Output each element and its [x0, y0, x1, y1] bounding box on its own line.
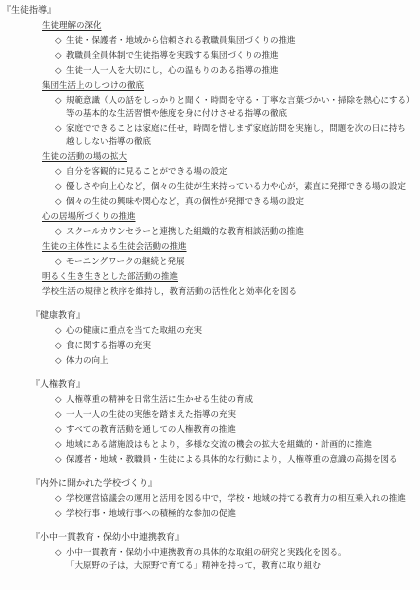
subheading: 心の居場所づくりの推進 — [0, 210, 420, 223]
diamond-bullet-icon: ◇ — [55, 492, 66, 505]
diamond-bullet-icon: ◇ — [55, 225, 66, 238]
subheading: 生徒の活動の場の拡大 — [0, 150, 420, 163]
item-line: 個々の生徒の興味や関心など，真の個性が発揮できる場の設定 — [66, 195, 420, 208]
item-line: 教職員全員体制で生徒指導を実践する集団づくりの推進 — [66, 49, 420, 62]
item-line: 自分を客観的に見ることができる場の設定 — [66, 165, 420, 178]
section-title: 『人権教育』 — [0, 378, 420, 391]
diamond-bullet-icon: ◇ — [55, 255, 66, 268]
item-line: 心の健康に重点を当てた取組の充実 — [66, 324, 420, 337]
item-text: 食に関する指導の充実 — [66, 339, 420, 352]
item-text: すべての教育活動を通しての人権教育の推進 — [66, 423, 420, 436]
item-line: 学校行事・地域行事への積極的な参加の促進 — [66, 507, 420, 520]
diamond-bullet-icon: ◇ — [55, 94, 66, 107]
subheading: 生徒の主体性による生徒会活動の推進 — [0, 240, 420, 253]
subheading: 明るく生き生きとした部活動の推進 — [0, 270, 420, 283]
diamond-bullet-icon: ◇ — [55, 423, 66, 436]
bullet-item: ◇モーニングワークの継続と発展 — [0, 255, 420, 268]
item-line: 家庭でできることは家庭に任せ，時間を惜しまず家庭訪問を実施し，問題を次の日に持ち — [66, 122, 420, 135]
item-text: 学校運営協議会の運用と活用を図る中で，学校・地域の持てる教育力の相互乗入れの推進 — [66, 492, 420, 505]
bullet-item: ◇教職員全員体制で生徒指導を実践する集団づくりの推進 — [0, 49, 420, 62]
item-line: すべての教育活動を通しての人権教育の推進 — [66, 423, 420, 436]
bullet-item: ◇一人一人の生徒の実態を踏まえた指導の充実 — [0, 408, 420, 421]
diamond-bullet-icon: ◇ — [55, 354, 66, 367]
diamond-bullet-icon: ◇ — [55, 49, 66, 62]
diamond-bullet-icon: ◇ — [55, 34, 66, 47]
item-text: 学校行事・地域行事への積極的な参加の促進 — [66, 507, 420, 520]
diamond-bullet-icon: ◇ — [55, 438, 66, 451]
item-text: 家庭でできることは家庭に任せ，時間を惜しまず家庭訪問を実施し，問題を次の日に持ち… — [66, 122, 420, 148]
item-line: 一人一人の生徒の実態を踏まえた指導の充実 — [66, 408, 420, 421]
bullet-item: ◇個々の生徒の興味や関心など，真の個性が発揮できる場の設定 — [0, 195, 420, 208]
diamond-bullet-icon: ◇ — [55, 64, 66, 77]
section: 『内外に開かれた学校づくり』◇学校運営協議会の運用と活用を図る中で，学校・地域の… — [0, 477, 420, 520]
diamond-bullet-icon: ◇ — [55, 324, 66, 337]
item-line: 人権尊重の精神を日常生活に生かせる生徒の育成 — [66, 393, 420, 406]
item-line: 規範意識（人の話をしっかりと聞く・時間を守る・丁寧な言葉づかい・掃除を熱心にする… — [66, 94, 420, 107]
item-line: モーニングワークの継続と発展 — [66, 255, 420, 268]
bullet-item: ◇生徒・保護者・地域から信頼される教職員集団づくりの推進 — [0, 34, 420, 47]
bullet-item: ◇自分を客観的に見ることができる場の設定 — [0, 165, 420, 178]
diamond-bullet-icon: ◇ — [55, 122, 66, 135]
bullet-item: ◇人権尊重の精神を日常生活に生かせる生徒の育成 — [0, 393, 420, 406]
section: 『人権教育』◇人権尊重の精神を日常生活に生かせる生徒の育成◇一人一人の生徒の実態… — [0, 378, 420, 466]
summary-note: 学校生活の規律と秩序を維持し，教育活動の活性化と効率化を図る — [0, 285, 420, 298]
item-line: 越ししない指導の徹底 — [66, 135, 420, 148]
subheading: 集団生活上のしつけの徹底 — [0, 79, 420, 92]
diamond-bullet-icon: ◇ — [55, 180, 66, 193]
bullet-item: ◇学校行事・地域行事への積極的な参加の促進 — [0, 507, 420, 520]
bullet-item: ◇体力の向上 — [0, 354, 420, 367]
bullet-item: ◇スクールカウンセラーと連携した組織的な教育相談活動の推進 — [0, 225, 420, 238]
diamond-bullet-icon: ◇ — [55, 546, 66, 559]
section: 『生徒指導』生徒理解の深化◇生徒・保護者・地域から信頼される教職員集団づくりの推… — [0, 4, 420, 298]
bullet-item: ◇食に関する指導の充実 — [0, 339, 420, 352]
diamond-bullet-icon: ◇ — [55, 393, 66, 406]
bullet-item: ◇小中一貫教育・保幼小中連携教育の具体的な取組の研究と実践化を図る。「大原野の子… — [0, 546, 420, 572]
item-text: 優しさや向上心など，個々の生徒が生来持っている力や心が，素直に発揮できる場の設定 — [66, 180, 420, 193]
diamond-bullet-icon: ◇ — [55, 453, 66, 466]
item-text: 体力の向上 — [66, 354, 420, 367]
section-title: 『小中一貫教育・保幼小中連携教育』 — [0, 531, 420, 544]
item-line: スクールカウンセラーと連携した組織的な教育相談活動の推進 — [66, 225, 420, 238]
bullet-item: ◇生徒一人一人を大切にし，心の温もりのある指導の推進 — [0, 64, 420, 77]
item-line: 保護者・地域・教職員・生徒による具体的な行動により，人権尊重の意識の高揚を図る — [66, 453, 420, 466]
item-line: 体力の向上 — [66, 354, 420, 367]
item-line: 等の基本的な生活習慣や態度を身に付けさせる指導の徹底 — [66, 107, 420, 120]
item-text: 地域にある諸施設はもとより，多様な交流の機会の拡大を組織的・計画的に推進 — [66, 438, 420, 451]
section-title: 『生徒指導』 — [0, 4, 420, 17]
item-line: 小中一貫教育・保幼小中連携教育の具体的な取組の研究と実践化を図る。 — [66, 546, 420, 559]
item-text: モーニングワークの継続と発展 — [66, 255, 420, 268]
item-text: 生徒・保護者・地域から信頼される教職員集団づくりの推進 — [66, 34, 420, 47]
item-text: 個々の生徒の興味や関心など，真の個性が発揮できる場の設定 — [66, 195, 420, 208]
item-text: 自分を客観的に見ることができる場の設定 — [66, 165, 420, 178]
bullet-item: ◇学校運営協議会の運用と活用を図る中で，学校・地域の持てる教育力の相互乗入れの推… — [0, 492, 420, 505]
item-text: 心の健康に重点を当てた取組の充実 — [66, 324, 420, 337]
diamond-bullet-icon: ◇ — [55, 195, 66, 208]
item-line: 「大原野の子は，大原野で育てる」精神を持って，教育に取り組む — [66, 559, 420, 572]
item-text: 生徒一人一人を大切にし，心の温もりのある指導の推進 — [66, 64, 420, 77]
item-line: 食に関する指導の充実 — [66, 339, 420, 352]
section: 『小中一貫教育・保幼小中連携教育』◇小中一貫教育・保幼小中連携教育の具体的な取組… — [0, 531, 420, 572]
bullet-item: ◇家庭でできることは家庭に任せ，時間を惜しまず家庭訪問を実施し，問題を次の日に持… — [0, 122, 420, 148]
document-page: 『生徒指導』生徒理解の深化◇生徒・保護者・地域から信頼される教職員集団づくりの推… — [0, 0, 420, 572]
item-text: 小中一貫教育・保幼小中連携教育の具体的な取組の研究と実践化を図る。「大原野の子は… — [66, 546, 420, 572]
diamond-bullet-icon: ◇ — [55, 165, 66, 178]
item-text: 教職員全員体制で生徒指導を実践する集団づくりの推進 — [66, 49, 420, 62]
bullet-item: ◇規範意識（人の話をしっかりと聞く・時間を守る・丁寧な言葉づかい・掃除を熱心にす… — [0, 94, 420, 120]
item-text: 人権尊重の精神を日常生活に生かせる生徒の育成 — [66, 393, 420, 406]
diamond-bullet-icon: ◇ — [55, 339, 66, 352]
item-line: 生徒一人一人を大切にし，心の温もりのある指導の推進 — [66, 64, 420, 77]
item-text: 一人一人の生徒の実態を踏まえた指導の充実 — [66, 408, 420, 421]
bullet-item: ◇すべての教育活動を通しての人権教育の推進 — [0, 423, 420, 436]
document-body: 『生徒指導』生徒理解の深化◇生徒・保護者・地域から信頼される教職員集団づくりの推… — [0, 4, 420, 572]
bullet-item: ◇地域にある諸施設はもとより，多様な交流の機会の拡大を組織的・計画的に推進 — [0, 438, 420, 451]
section-title: 『内外に開かれた学校づくり』 — [0, 477, 420, 490]
section: 『健康教育』◇心の健康に重点を当てた取組の充実◇食に関する指導の充実◇体力の向上 — [0, 309, 420, 367]
item-line: 優しさや向上心など，個々の生徒が生来持っている力や心が，素直に発揮できる場の設定 — [66, 180, 420, 193]
bullet-item: ◇優しさや向上心など，個々の生徒が生来持っている力や心が，素直に発揮できる場の設… — [0, 180, 420, 193]
item-line: 生徒・保護者・地域から信頼される教職員集団づくりの推進 — [66, 34, 420, 47]
bullet-item: ◇保護者・地域・教職員・生徒による具体的な行動により，人権尊重の意識の高揚を図る — [0, 453, 420, 466]
item-text: 保護者・地域・教職員・生徒による具体的な行動により，人権尊重の意識の高揚を図る — [66, 453, 420, 466]
item-text: スクールカウンセラーと連携した組織的な教育相談活動の推進 — [66, 225, 420, 238]
item-line: 学校運営協議会の運用と活用を図る中で，学校・地域の持てる教育力の相互乗入れの推進 — [66, 492, 420, 505]
section-title: 『健康教育』 — [0, 309, 420, 322]
bullet-item: ◇心の健康に重点を当てた取組の充実 — [0, 324, 420, 337]
diamond-bullet-icon: ◇ — [55, 507, 66, 520]
subheading: 生徒理解の深化 — [0, 19, 420, 32]
diamond-bullet-icon: ◇ — [55, 408, 66, 421]
item-text: 規範意識（人の話をしっかりと聞く・時間を守る・丁寧な言葉づかい・掃除を熱心にする… — [66, 94, 420, 120]
item-line: 地域にある諸施設はもとより，多様な交流の機会の拡大を組織的・計画的に推進 — [66, 438, 420, 451]
